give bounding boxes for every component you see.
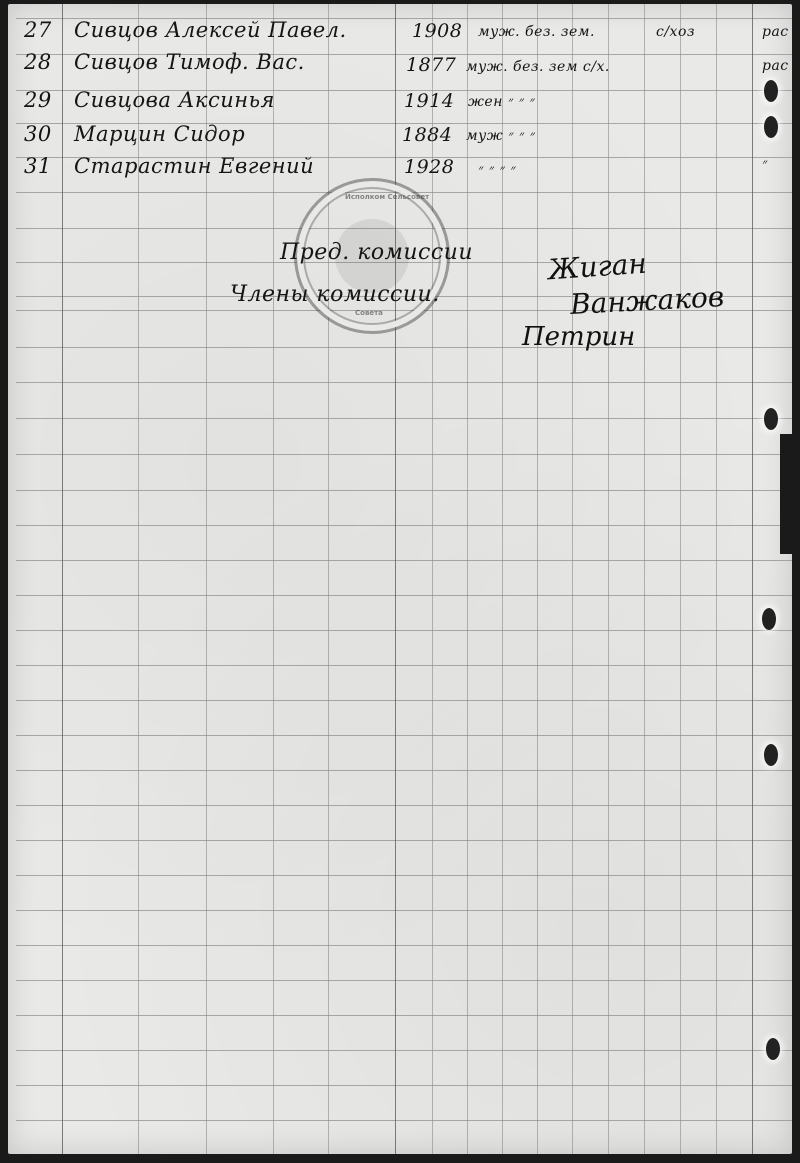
ruled-line bbox=[16, 805, 792, 806]
birth-year: 1908 bbox=[412, 20, 462, 42]
occupation: муж. без. зем с/х. bbox=[466, 59, 610, 75]
ruled-line bbox=[16, 347, 792, 348]
torn-edge bbox=[780, 434, 792, 554]
ruled-line bbox=[16, 1015, 792, 1016]
remark: рас bbox=[762, 58, 789, 74]
punch-hole bbox=[766, 1038, 780, 1060]
punch-hole bbox=[764, 408, 778, 430]
ruled-line bbox=[16, 560, 792, 561]
ruled-line bbox=[16, 700, 792, 701]
row-number: 28 bbox=[24, 50, 52, 74]
farm-status: с/хоз bbox=[656, 24, 695, 40]
person-name: Марцин Сидор bbox=[74, 122, 245, 146]
person-name: Старастин Евгений bbox=[74, 154, 314, 178]
column-line bbox=[716, 4, 717, 1154]
occupation: муж. без. зем. bbox=[478, 24, 595, 40]
column-line bbox=[537, 4, 538, 1154]
ruled-line bbox=[16, 382, 792, 383]
ruled-line bbox=[16, 454, 792, 455]
ruled-line bbox=[16, 525, 792, 526]
occupation: муж ״ ״ ״ bbox=[466, 128, 535, 145]
birth-year: 1884 bbox=[402, 124, 452, 146]
column-line bbox=[328, 4, 329, 1154]
ruled-line bbox=[16, 980, 792, 981]
stamp-text-bottom: Совета bbox=[355, 309, 383, 317]
person-name: Сивцов Тимоф. Вас. bbox=[74, 50, 305, 74]
ruled-line bbox=[16, 840, 792, 841]
occupation: ״ ״ ״ ״ bbox=[478, 162, 516, 179]
person-name: Сивцов Алексей Павел. bbox=[74, 18, 347, 42]
ruled-line bbox=[16, 630, 792, 631]
ruled-line bbox=[16, 735, 792, 736]
ruled-line bbox=[16, 875, 792, 876]
column-line bbox=[644, 4, 645, 1154]
margin-column-line bbox=[62, 4, 63, 1154]
ruled-line bbox=[16, 1050, 792, 1051]
ruled-line bbox=[16, 418, 792, 419]
punch-hole bbox=[764, 744, 778, 766]
ruled-line bbox=[16, 910, 792, 911]
row-number: 29 bbox=[24, 88, 52, 112]
row-number: 31 bbox=[24, 154, 52, 178]
remark: ״ bbox=[762, 156, 768, 173]
birth-year: 1877 bbox=[406, 54, 456, 76]
column-line bbox=[608, 4, 609, 1154]
column-line bbox=[395, 4, 396, 1154]
birth-year: 1928 bbox=[404, 156, 454, 178]
column-line bbox=[680, 4, 681, 1154]
ruled-line bbox=[16, 665, 792, 666]
ruled-line bbox=[16, 1120, 792, 1121]
ruled-line bbox=[16, 595, 792, 596]
punch-hole bbox=[764, 80, 778, 102]
chairman-label: Пред. комиссии bbox=[280, 240, 473, 265]
punch-hole bbox=[762, 608, 776, 630]
birth-year: 1914 bbox=[404, 90, 454, 112]
row-number: 30 bbox=[24, 122, 52, 146]
person-name: Сивцова Аксинья bbox=[74, 88, 275, 112]
remarks-column-line bbox=[752, 4, 753, 1154]
occupation: жен ״ ״ ״ bbox=[468, 94, 535, 111]
row-number: 27 bbox=[24, 18, 52, 42]
remark: рас bbox=[762, 24, 789, 40]
ruled-line bbox=[16, 945, 792, 946]
document-page: 27 Сивцов Алексей Павел. 1908 муж. без. … bbox=[8, 4, 792, 1154]
member-signature: Ванжаков bbox=[569, 280, 725, 321]
ruled-line bbox=[16, 490, 792, 491]
punch-hole bbox=[764, 116, 778, 138]
members-label: Члены комиссии. bbox=[230, 282, 440, 307]
stamp-text-top: Исполком Сельсовет bbox=[345, 193, 429, 201]
member-signature: Петрин bbox=[522, 322, 635, 352]
ruled-line bbox=[16, 1085, 792, 1086]
column-line bbox=[467, 4, 468, 1154]
ruled-line bbox=[16, 770, 792, 771]
column-line bbox=[572, 4, 573, 1154]
chairman-signature: Жиган bbox=[547, 247, 648, 287]
